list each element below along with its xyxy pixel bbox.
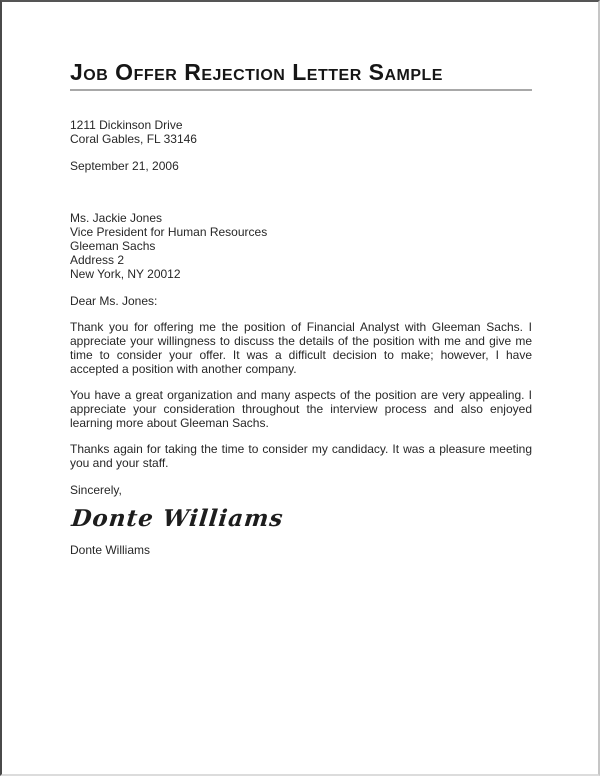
letter-date: September 21, 2006 — [70, 159, 532, 173]
recipient-title: Vice President for Human Resources — [70, 225, 532, 239]
recipient-address-line: Address 2 — [70, 253, 532, 267]
salutation: Dear Ms. Jones: — [70, 294, 532, 308]
closing: Sincerely, — [70, 483, 532, 497]
recipient-city-line: New York, NY 20012 — [70, 267, 532, 281]
signature-handwritten: Donte Williams — [70, 504, 535, 534]
sender-address-line: 1211 Dickinson Drive — [70, 118, 532, 132]
recipient-company: Gleeman Sachs — [70, 239, 532, 253]
sender-address-line: Coral Gables, FL 33146 — [70, 132, 532, 146]
recipient-address-block: Ms. Jackie Jones Vice President for Huma… — [70, 211, 532, 281]
body-paragraph-2: You have a great organization and many a… — [70, 388, 532, 430]
sender-address-block: 1211 Dickinson Drive Coral Gables, FL 33… — [70, 118, 532, 146]
letter-page: Job Offer Rejection Letter Sample 1211 D… — [0, 0, 600, 776]
letter-content: Job Offer Rejection Letter Sample 1211 D… — [2, 2, 598, 557]
document-title: Job Offer Rejection Letter Sample — [70, 60, 532, 91]
signature-typed-name: Donte Williams — [70, 543, 532, 557]
body-paragraph-3: Thanks again for taking the time to cons… — [70, 442, 532, 470]
body-paragraph-1: Thank you for offering me the position o… — [70, 320, 532, 376]
recipient-name: Ms. Jackie Jones — [70, 211, 532, 225]
